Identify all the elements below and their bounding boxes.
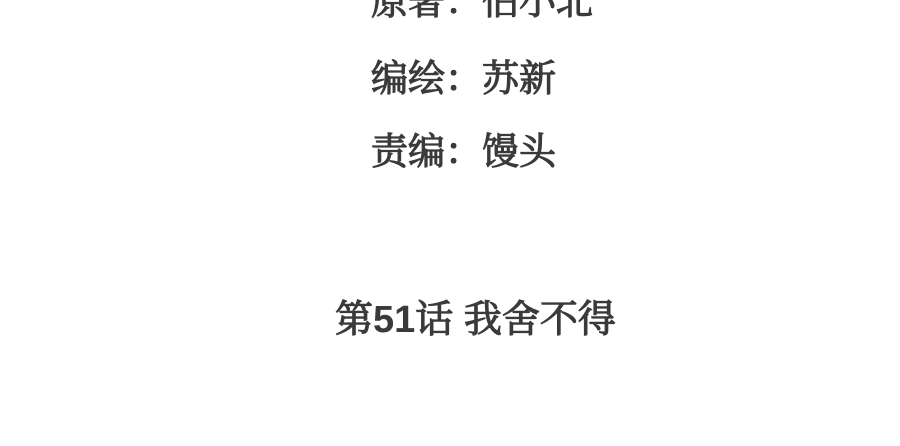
chapter-title: 第51话 我舍不得 bbox=[335, 301, 616, 339]
credit-line-original-author: 原著：伯小北 bbox=[371, 0, 593, 20]
comic-credits-page: 原著：伯小北 编绘：苏新 责编：馒头 第51话 我舍不得 bbox=[0, 0, 900, 446]
credit-line-editor: 责编：馒头 bbox=[371, 133, 556, 170]
credit-line-artist: 编绘：苏新 bbox=[371, 60, 556, 97]
